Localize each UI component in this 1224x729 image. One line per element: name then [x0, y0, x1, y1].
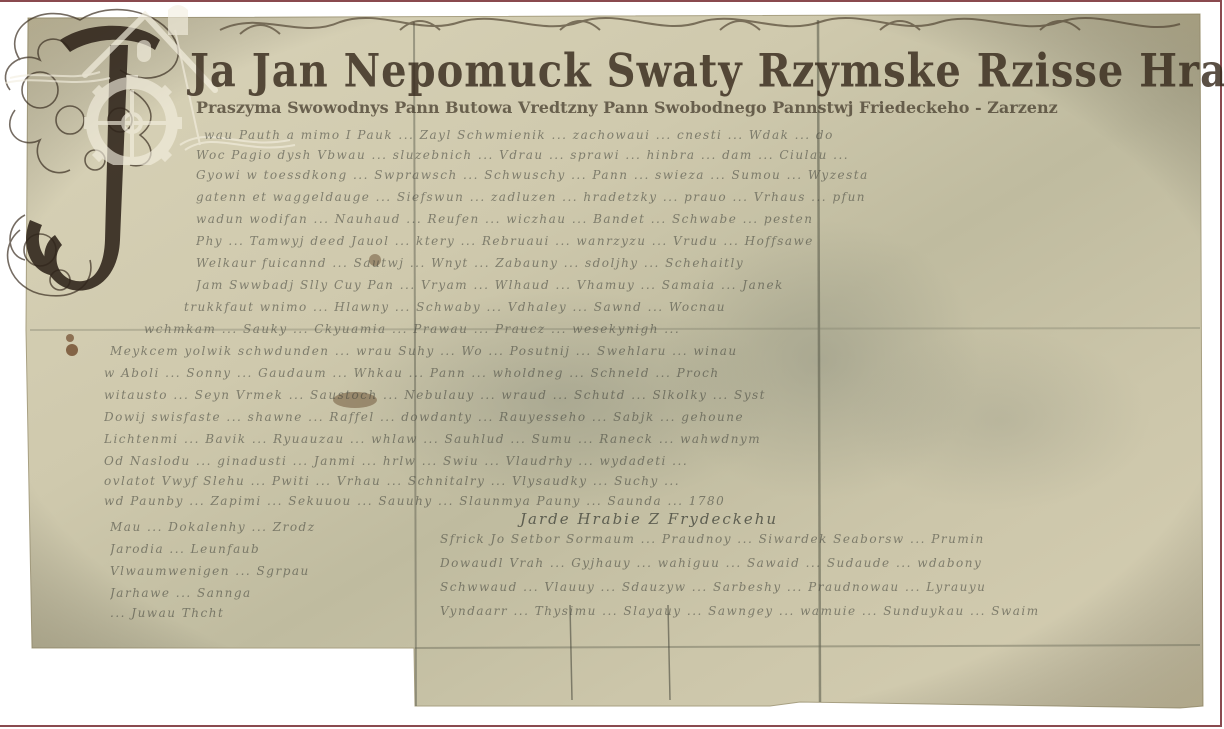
- body-line: w Aboli ... Sonny ... Gaudaum ... Whkau …: [104, 366, 1184, 380]
- body-line: wchmkam ... Sauky ... Ckyuamia ... Prawa…: [144, 322, 1184, 336]
- signature: Jarde Hrabie Z Frydeckehu: [520, 510, 778, 528]
- lower-left-line: ... Juwau Thcht: [110, 606, 390, 620]
- body-line: wau Pauth a mimo I Pauk ... Zayl Schwmie…: [204, 128, 1184, 142]
- lower-right-line: Schwwaud ... Vlauuy ... Sdauzyw ... Sarb…: [440, 580, 1180, 594]
- body-line: gatenn et waggeldauge ... Siefswun ... z…: [196, 190, 1186, 204]
- body-line: witausto ... Seyn Vrmek ... Saustoch ...…: [104, 388, 1184, 402]
- body-line: Woc Pagio dysh Vbwau ... sluzebnich ... …: [196, 148, 1186, 162]
- body-line: wadun wodifan ... Nauhaud ... Reufen ...…: [196, 212, 1186, 226]
- body-line: Gyowi w toessdkong ... Swprawsch ... Sch…: [196, 168, 1186, 182]
- body-line: Dowij swisfaste ... shawne ... Raffel ..…: [104, 410, 1184, 424]
- body-line: trukkfaut wnimo ... Hlawny ... Schwaby .…: [184, 300, 1184, 314]
- lower-right-line: Vyndaarr ... Thysimu ... Slayauy ... Saw…: [440, 604, 1180, 618]
- body-line: Lichtenmi ... Bavik ... Ryuauzau ... whl…: [104, 432, 1184, 446]
- body-line: Meykcem yolwik schwdunden ... wrau Suhy …: [110, 344, 1186, 358]
- body-line: wd Paunby ... Zapimi ... Sekuuou ... Sau…: [104, 494, 1184, 508]
- lower-left-line: Jarhawe ... Sannga: [110, 586, 390, 600]
- document-subheading: Praszyma Swowodnys Pann Butowa Vredtzny …: [196, 98, 1186, 117]
- lower-right-line: Sfrick Jo Setbor Sormaum ... Praudnoy ..…: [440, 532, 1180, 546]
- body-line: Jam Swwbadj Slly Cuy Pan ... Vryam ... W…: [196, 278, 1186, 292]
- document-heading: Ja Jan Nepomuck Swaty Rzymske Rzisse Hra…: [190, 44, 1190, 98]
- lower-left-line: Mau ... Dokalenhy ... Zrodz: [110, 520, 390, 534]
- lower-left-line: Vlwaumwenigen ... Sgrpau: [110, 564, 390, 578]
- lower-right-line: Dowaudl Vrah ... Gyjhauy ... wahiguu ...…: [440, 556, 1180, 570]
- body-line: Od Naslodu ... ginadusti ... Janmi ... h…: [104, 454, 1184, 468]
- body-line: Welkaur fuicannd ... Sautwj ... Wnyt ...…: [196, 256, 1186, 270]
- lower-left-line: Jarodia ... Leunfaub: [110, 542, 390, 556]
- body-line: Phy ... Tamwyj deed Jauol ... ktery ... …: [196, 234, 1186, 248]
- body-line: ovlatot Vwyf Slehu ... Pwiti ... Vrhau .…: [104, 474, 1184, 488]
